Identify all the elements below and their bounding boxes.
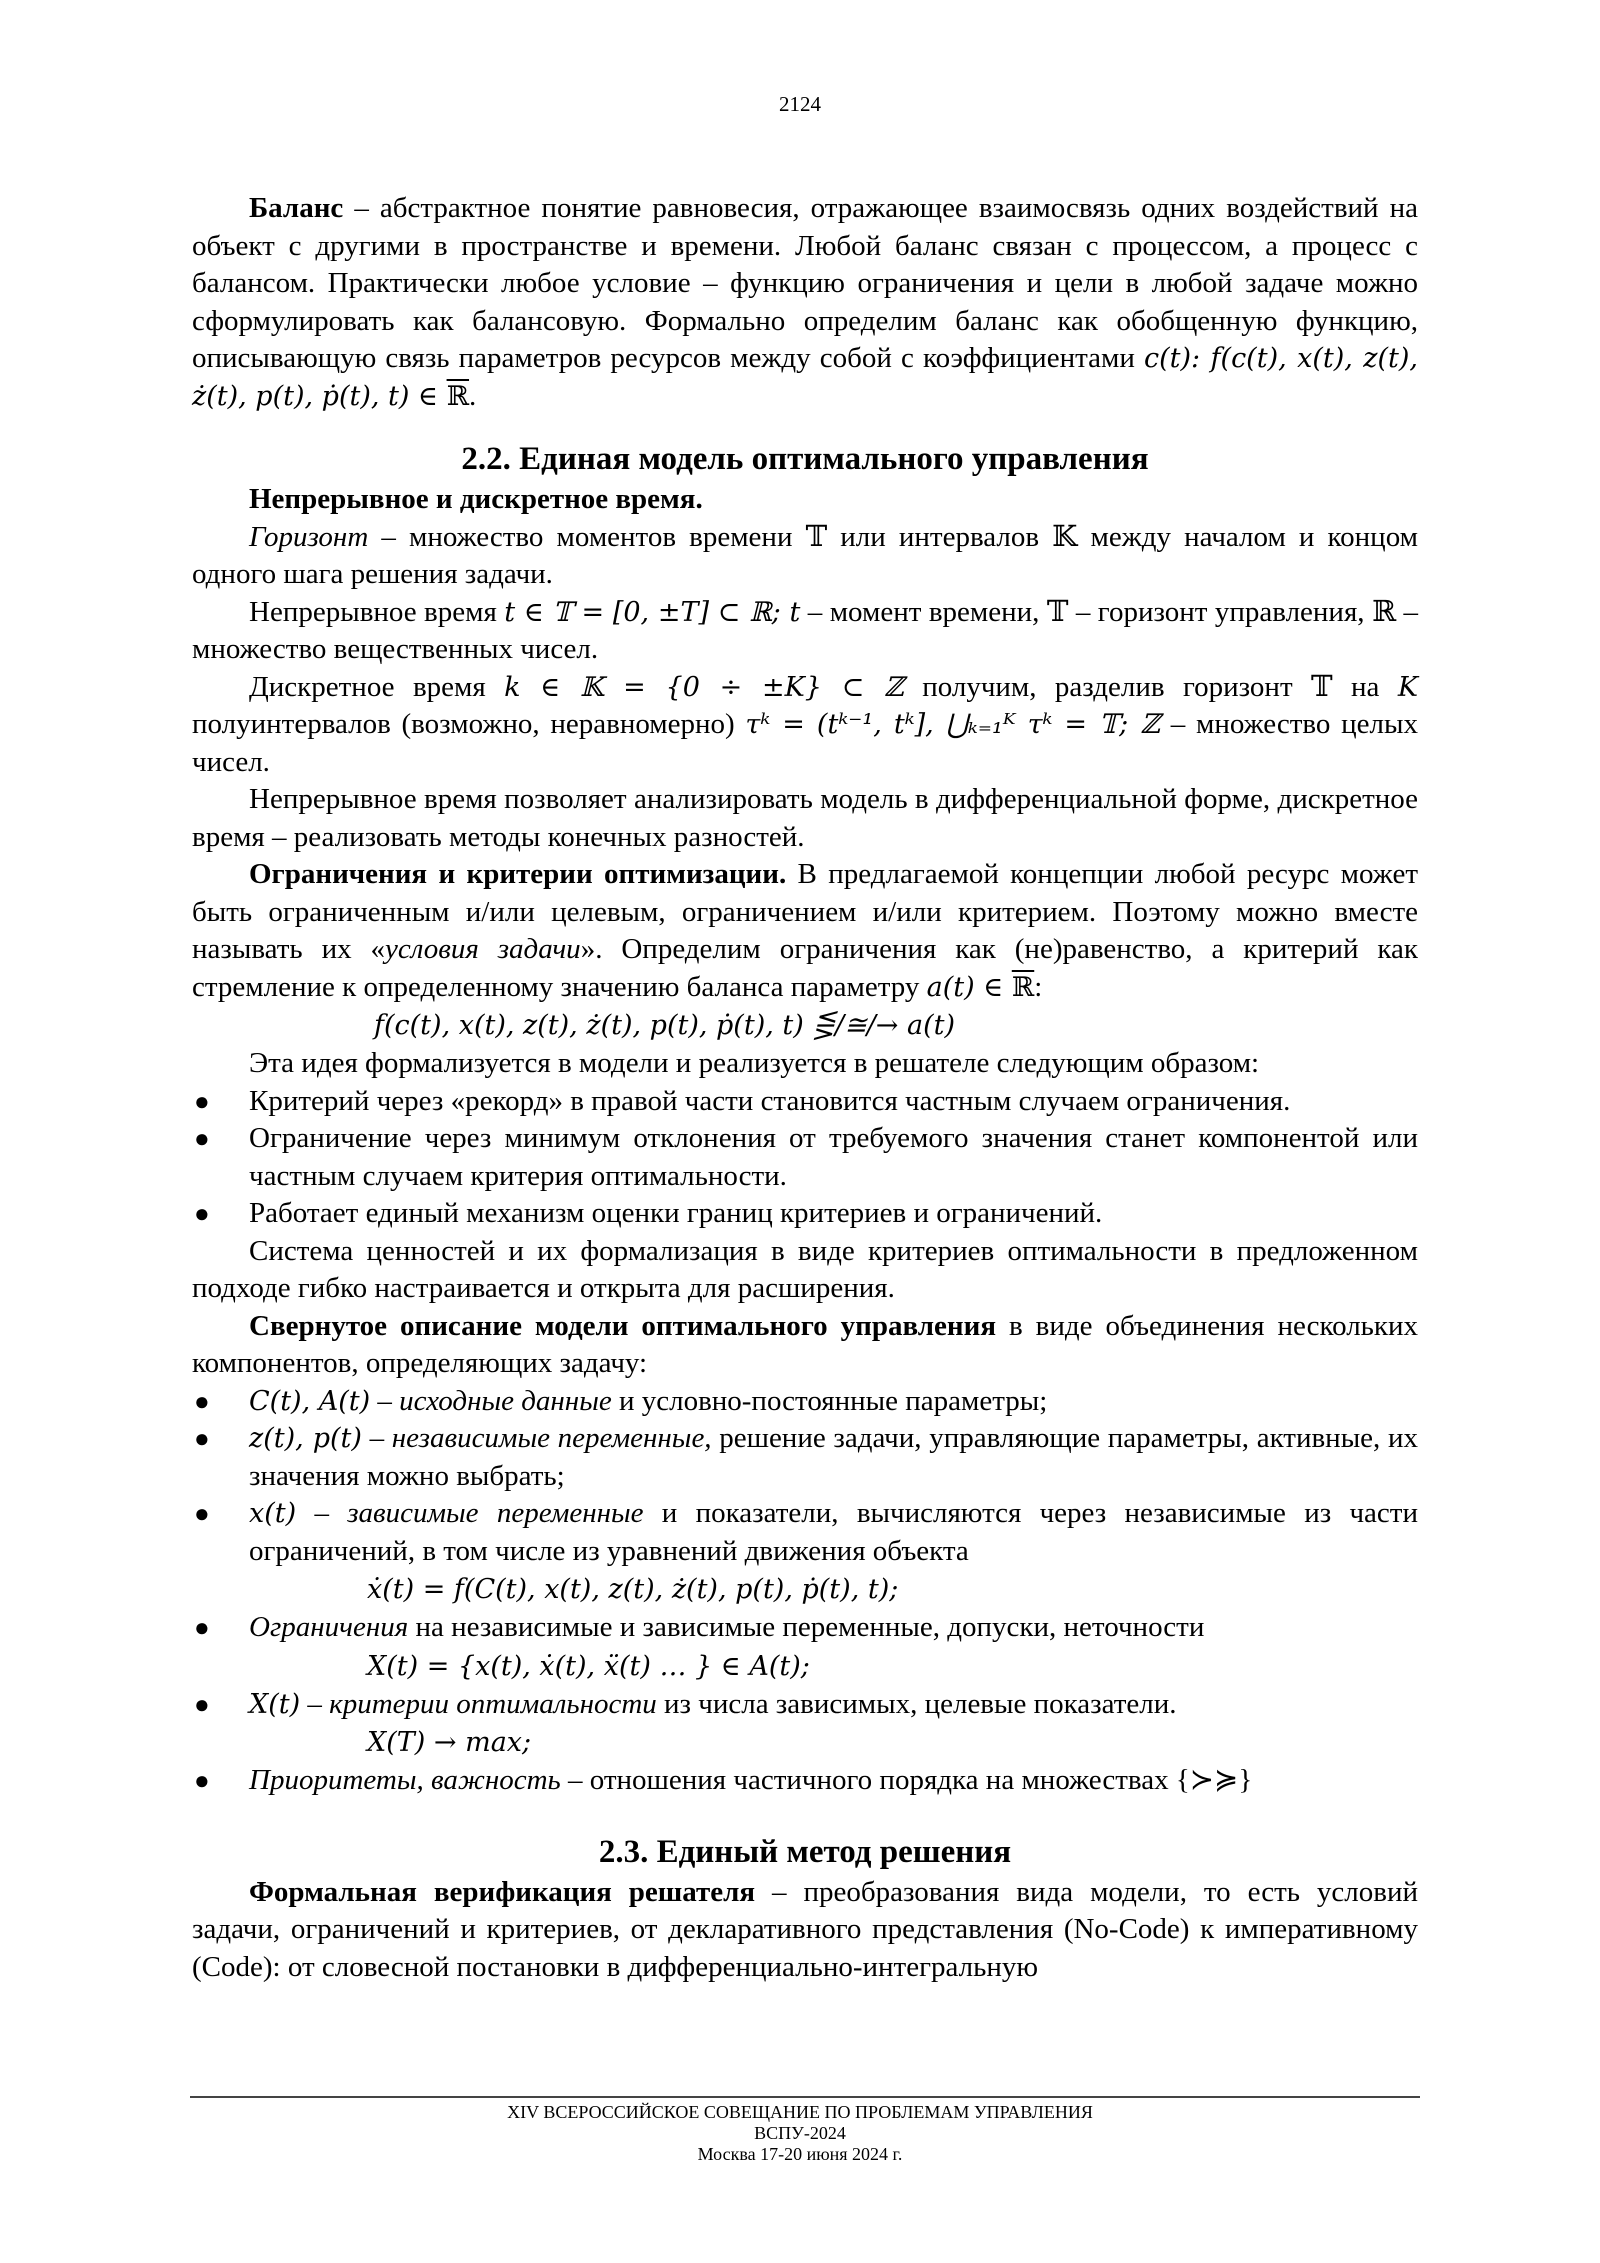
constraints-end: : xyxy=(1034,971,1042,1003)
constraints-term: Ограничения и критерии оптимизации. xyxy=(249,858,786,890)
balance-coef: c(t) xyxy=(1144,343,1191,374)
component-italic: Ограничения xyxy=(249,1611,408,1643)
list-item-text: Работает единый механизм оценки границ к… xyxy=(249,1197,1102,1229)
component-text: и условно-постоянные параметры; xyxy=(612,1385,1048,1417)
component-italic: Приоритеты, важность xyxy=(249,1764,561,1796)
components-list: ●C(t), A(t) – исходные данные и условно-… xyxy=(192,1383,1418,1571)
disc-time-label: Дискретное время xyxy=(249,671,504,703)
components-list-cont: ●Ограничения на независимые и зависимые … xyxy=(192,1609,1418,1647)
bullet-icon: ● xyxy=(194,1195,210,1233)
bullet-icon: ● xyxy=(194,1083,210,1121)
horizon-text: – множество моментов времени 𝕋 или интер… xyxy=(192,521,1418,591)
component-italic: – независимые переменные, xyxy=(362,1422,712,1454)
disc-time-K: K xyxy=(1398,672,1418,703)
footer-location-date: Москва 17-20 июня 2024 г. xyxy=(0,2144,1600,2165)
list-item: ●Работает единый механизм оценки границ … xyxy=(192,1195,1418,1233)
verification-paragraph: Формальная верификация решателя – преобр… xyxy=(192,1874,1418,1987)
component-italic: – исходные данные xyxy=(370,1385,612,1417)
component-math: C(t), A(t) xyxy=(249,1386,370,1417)
page-body: Баланс – абстрактное понятие равновесия,… xyxy=(192,190,1418,1986)
components-list-cont2: ●X(t) – критерии оптимальности из числа … xyxy=(192,1686,1418,1724)
footer-divider xyxy=(190,2096,1420,2098)
discrete-time-paragraph: Дискретное время k ∈ 𝕂 = {0 ÷ ±K} ⊂ ℤ по… xyxy=(192,669,1418,782)
balance-paragraph: Баланс – абстрактное понятие равновесия,… xyxy=(192,190,1418,415)
summary-paragraph: Свернутое описание модели оптимального у… xyxy=(192,1308,1418,1383)
component-math: x(t) xyxy=(249,1498,296,1529)
bullet-icon: ● xyxy=(194,1686,210,1724)
footer-conference: XIV ВСЕРОССИЙСКОЕ СОВЕЩАНИЕ ПО ПРОБЛЕМАМ… xyxy=(0,2102,1600,2123)
balance-relation-formula: f(c(t), x(t), z(t), ż(t), p(t), ṗ(t), t)… xyxy=(192,1006,1418,1045)
disc-time-formula: k ∈ 𝕂 = {0 ÷ ±K} ⊂ ℤ xyxy=(504,672,904,703)
list-item: ●z(t), p(t) – независимые переменные, ре… xyxy=(192,1420,1418,1495)
cont-time-label: Непрерывное время xyxy=(249,596,504,628)
list-item: ●Ограничение через минимум отклонения от… xyxy=(192,1120,1418,1195)
list-item: ●Критерий через «рекорд» в правой части … xyxy=(192,1083,1418,1121)
summary-term: Свернутое описание модели оптимального у… xyxy=(249,1310,996,1342)
component-italic: – зависимые переменные xyxy=(296,1497,643,1529)
constraints-formula: a(t) ∈ xyxy=(927,972,1012,1003)
footer-acronym: ВСПУ-2024 xyxy=(0,2123,1600,2144)
motion-equation-formula: ẋ(t) = f(C(t), x(t), z(t), ż(t), p(t), ṗ… xyxy=(192,1570,1418,1609)
constraints-set: ℝ xyxy=(1012,972,1034,1003)
bullet-icon: ● xyxy=(194,1420,210,1458)
component-math: z(t), p(t) xyxy=(249,1423,362,1454)
horizon-term: Горизонт xyxy=(249,521,368,553)
component-italic: – критерии оптимальности xyxy=(300,1688,657,1720)
list-item-text: Ограничение через минимум отклонения от … xyxy=(249,1122,1418,1192)
bullet-icon: ● xyxy=(194,1383,210,1421)
criterion-formula: X(T) → max; xyxy=(192,1723,1418,1762)
cont-vs-disc-paragraph: Непрерывное время позволяет анализироват… xyxy=(192,781,1418,856)
values-paragraph: Система ценностей и их формализация в ви… xyxy=(192,1233,1418,1308)
balance-end: . xyxy=(469,380,476,412)
bullet-icon: ● xyxy=(194,1762,210,1800)
bullet-icon: ● xyxy=(194,1609,210,1647)
subheading-time: Непрерывное и дискретное время. xyxy=(192,481,1418,519)
disc-time-formula2: τᵏ = (tᵏ⁻¹, tᵏ], ⋃ₖ₌₁ᴷ τᵏ = 𝕋; ℤ xyxy=(745,709,1160,740)
idea-bullet-list: ●Критерий через «рекорд» в правой части … xyxy=(192,1083,1418,1233)
bullet-icon: ● xyxy=(194,1120,210,1158)
constraints-italic: условия задачи xyxy=(385,933,581,965)
list-item: ●x(t) – зависимые переменные и показател… xyxy=(192,1495,1418,1570)
continuous-time-paragraph: Непрерывное время t ∈ 𝕋 = [0, ±T] ⊂ ℝ; t… xyxy=(192,594,1418,669)
component-text: – отношения частичного порядка на множес… xyxy=(561,1764,1253,1796)
disc-time-text2: полуинтервалов (возможно, неравномерно) xyxy=(192,708,745,740)
idea-paragraph: Эта идея формализуется в модели и реализ… xyxy=(192,1045,1418,1083)
section-2-2-title: 2.2. Единая модель оптимального управлен… xyxy=(192,437,1418,481)
section-2-3-title: 2.3. Единый метод решения xyxy=(192,1830,1418,1874)
component-math: X(t) xyxy=(249,1689,300,1720)
page-number: 2124 xyxy=(0,92,1600,117)
balance-term: Баланс xyxy=(249,192,343,224)
list-item: ●Ограничения на независимые и зависимые … xyxy=(192,1609,1418,1647)
verification-term: Формальная верификация решателя xyxy=(249,1876,755,1908)
horizon-paragraph: Горизонт – множество моментов времени 𝕋 … xyxy=(192,519,1418,594)
footer: XIV ВСЕРОССИЙСКОЕ СОВЕЩАНИЕ ПО ПРОБЛЕМАМ… xyxy=(0,2102,1600,2165)
bullet-icon: ● xyxy=(194,1495,210,1533)
disc-time-text1: получим, разделив горизонт 𝕋 на xyxy=(904,671,1398,703)
balance-set: ℝ xyxy=(447,381,469,412)
constraints-paragraph: Ограничения и критерии оптимизации. В пр… xyxy=(192,856,1418,1006)
list-item-text: Критерий через «рекорд» в правой части с… xyxy=(249,1085,1290,1117)
component-text: из числа зависимых, целевые показатели. xyxy=(657,1688,1177,1720)
component-text: на независимые и зависимые переменные, д… xyxy=(408,1611,1204,1643)
list-item: ●C(t), A(t) – исходные данные и условно-… xyxy=(192,1383,1418,1421)
list-item: ●X(t) – критерии оптимальности из числа … xyxy=(192,1686,1418,1724)
constraint-set-formula: X(t) = {x(t), ẋ(t), ẍ(t) … } ∈ A(t); xyxy=(192,1647,1418,1686)
cont-time-formula: t ∈ 𝕋 = [0, ±T] ⊂ ℝ; t xyxy=(504,597,800,628)
list-item: ●Приоритеты, важность – отношения частич… xyxy=(192,1762,1418,1800)
components-list-cont3: ●Приоритеты, важность – отношения частич… xyxy=(192,1762,1418,1800)
